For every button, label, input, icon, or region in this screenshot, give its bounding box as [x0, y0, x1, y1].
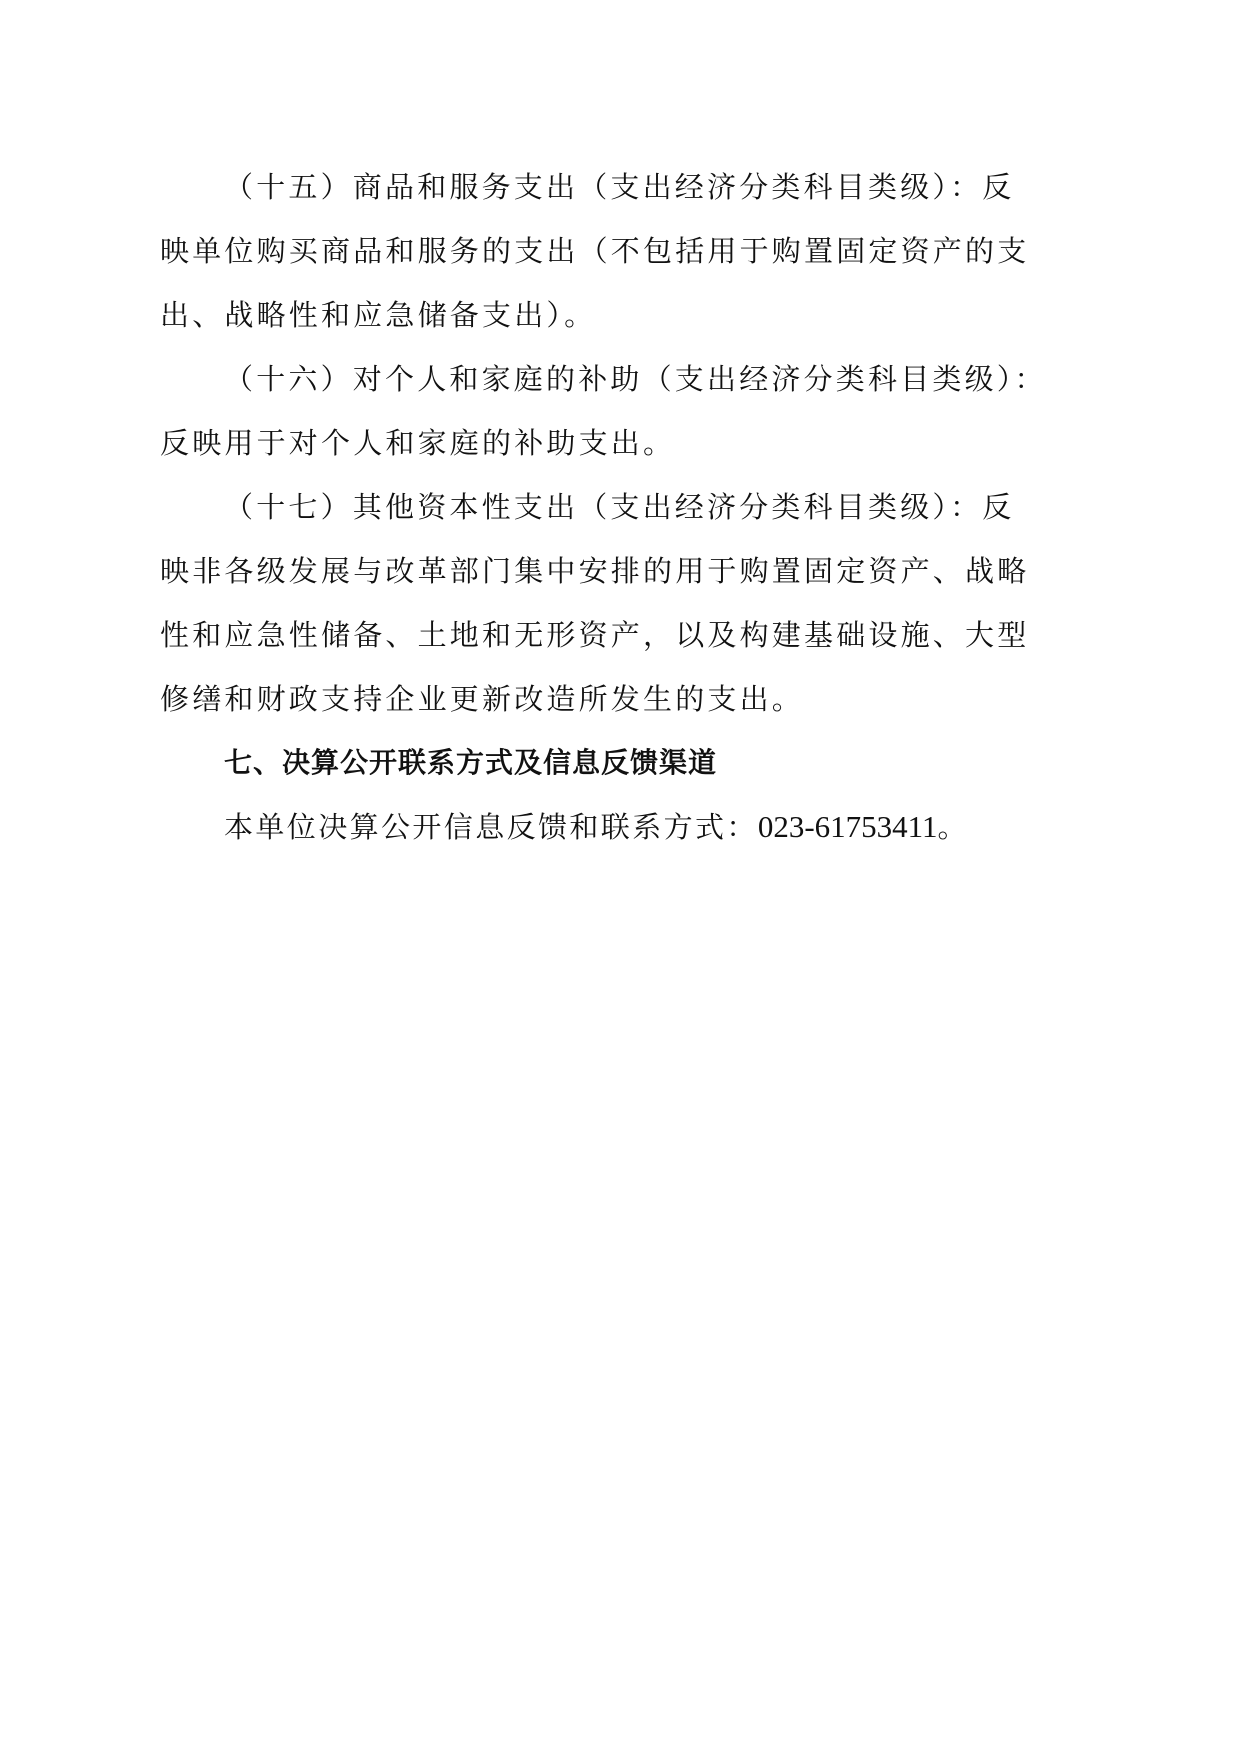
section-item-17: （十七）其他资本性支出（支出经济分类科目类级）：反 映非各级发展与改革部门集中安… — [160, 475, 1050, 731]
paragraph-line: （十五）商品和服务支出（支出经济分类科目类级）：反 — [160, 155, 1050, 219]
paragraph-line: 映非各级发展与改革部门集中安排的用于购置固定资产、战略 — [160, 539, 1050, 603]
paragraph-line: 映单位购买商品和服务的支出（不包括用于购置固定资产的支 — [160, 219, 1050, 283]
document-page: （十五）商品和服务支出（支出经济分类科目类级）：反 映单位购买商品和服务的支出（… — [160, 155, 1050, 859]
section-item-15: （十五）商品和服务支出（支出经济分类科目类级）：反 映单位购买商品和服务的支出（… — [160, 155, 1050, 347]
section-item-16: （十六）对个人和家庭的补助（支出经济分类科目类级）： 反映用于对个人和家庭的补助… — [160, 347, 1050, 475]
paragraph-line: （十七）其他资本性支出（支出经济分类科目类级）：反 — [160, 475, 1050, 539]
paragraph-line: 反映用于对个人和家庭的补助支出。 — [160, 411, 1050, 475]
contact-label: 本单位决算公开信息反馈和联系方式： — [224, 810, 758, 844]
contact-end: 。 — [938, 810, 969, 844]
contact-line: 本单位决算公开信息反馈和联系方式：023-61753411。 — [160, 795, 1050, 859]
paragraph-line: 性和应急性储备、土地和无形资产，以及构建基础设施、大型 — [160, 603, 1050, 667]
paragraph-line: 出、战略性和应急储备支出）。 — [160, 283, 1050, 347]
contact-phone: 023-61753411 — [758, 809, 938, 844]
paragraph-line: 修缮和财政支持企业更新改造所发生的支出。 — [160, 667, 1050, 731]
section-heading: 七、决算公开联系方式及信息反馈渠道 — [160, 731, 1050, 795]
paragraph-line: （十六）对个人和家庭的补助（支出经济分类科目类级）： — [160, 347, 1050, 411]
